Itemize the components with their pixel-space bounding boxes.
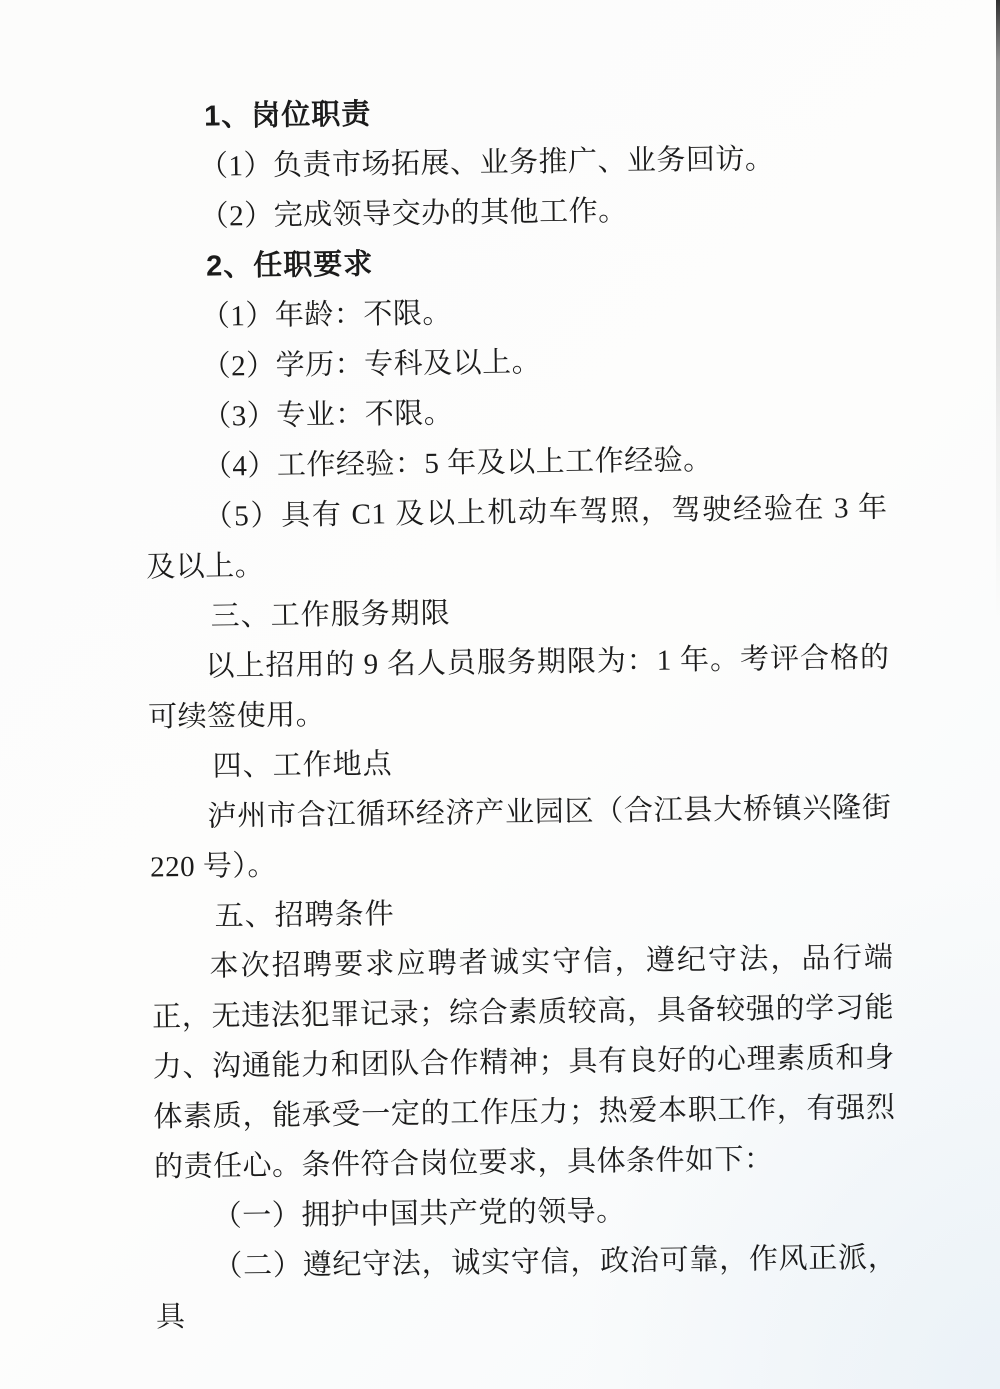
paragraph: （1）负责市场拓展、业务推广、业务回访。 [141,133,884,193]
document-body: 1、岗位职责（1）负责市场拓展、业务推广、业务回访。（2）完成领导交办的其他工作… [140,83,898,1343]
paragraph: 本次招聘要求应聘者诚实守信，遵纪守法，品行端正，无违法犯罪记录；综合素质较高，具… [151,933,896,1193]
scanned-document-page: 1、岗位职责（1）负责市场拓展、业务推广、业务回访。（2）完成领导交办的其他工作… [0,0,1000,1389]
paragraph: 以上招用的 9 名人员服务期限为：1 年。考评合格的可续签使用。 [147,633,890,743]
scan-edge-shadow [996,0,1000,620]
paragraph: （二）遵纪守法，诚实守信，政治可靠，作风正派，具 [155,1233,898,1343]
paragraph: 泸州市合江循环经济产业园区（合江县大桥镇兴隆街 220 号）。 [149,783,892,893]
paragraph: （5）具有 C1 及以上机动车驾照，驾驶经验在 3 年及以上。 [145,483,888,593]
